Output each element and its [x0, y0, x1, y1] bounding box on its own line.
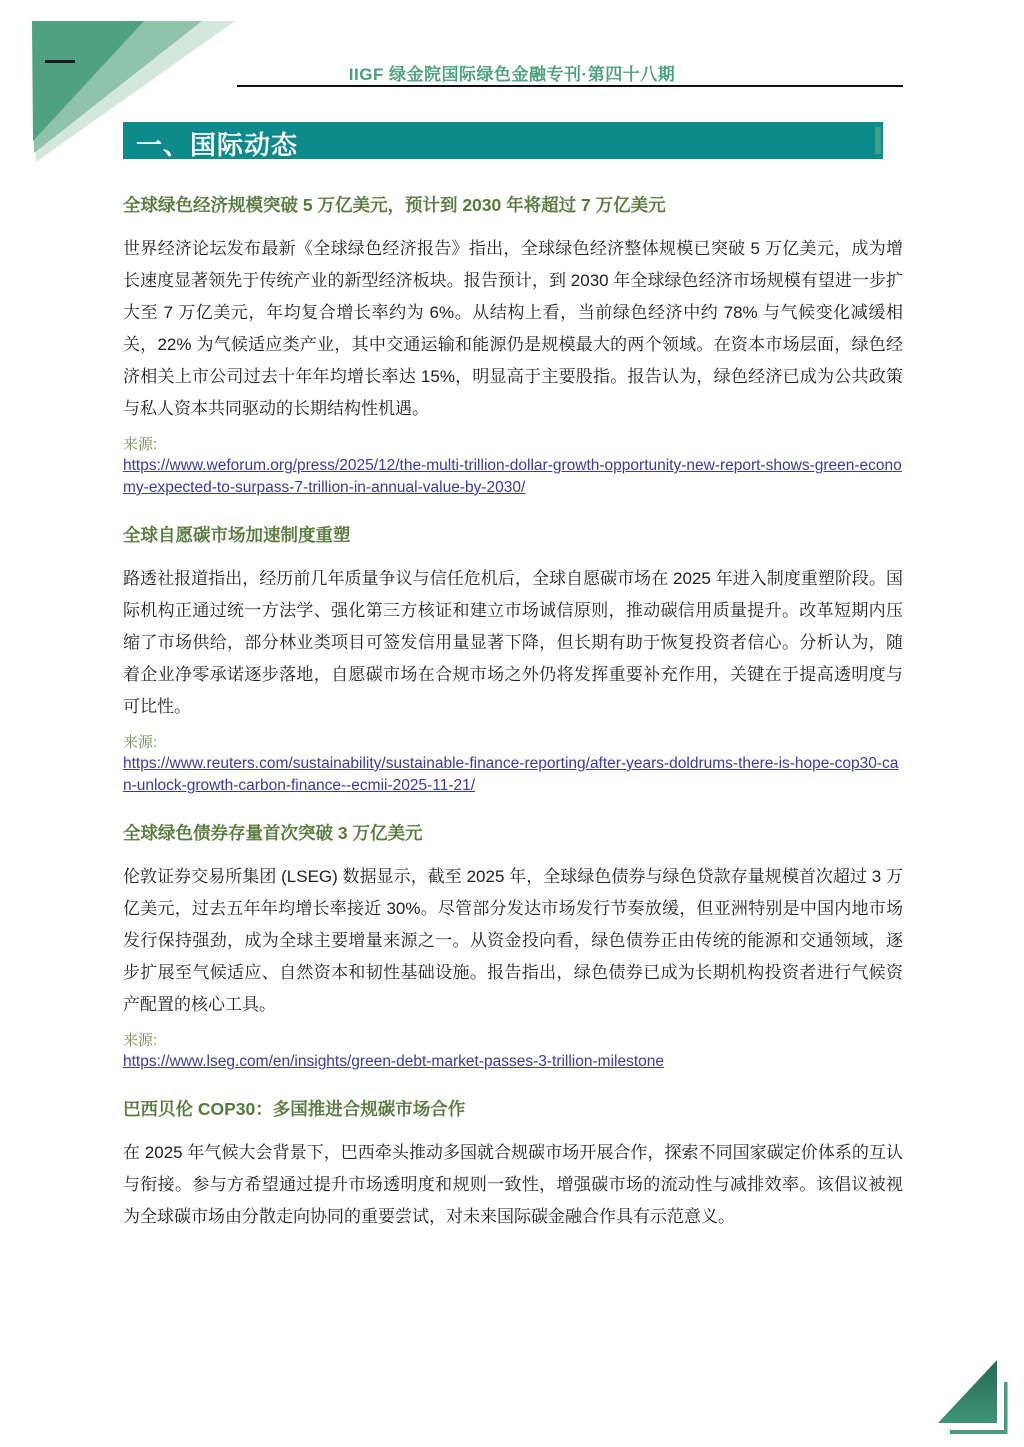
source-link[interactable]: https://www.reuters.com/sustainability/s…	[123, 753, 903, 797]
content-column: 全球绿色经济规模突破 5 万亿美元，预计到 2030 年将超过 7 万亿美元 世…	[123, 180, 903, 1233]
article-heading: 巴西贝伦 COP30：多国推进合规碳市场合作	[123, 1097, 903, 1121]
section-banner: 一、国际动态	[123, 122, 883, 159]
source-block: 来源: https://www.reuters.com/sustainabili…	[123, 733, 903, 797]
source-link[interactable]: https://www.lseg.com/en/insights/green-d…	[123, 1051, 903, 1073]
article-body: 世界经济论坛发布最新《全球绿色经济报告》指出，全球绿色经济整体规模已突破 5 万…	[123, 233, 903, 425]
source-link[interactable]: https://www.weforum.org/press/2025/12/th…	[123, 455, 903, 499]
section-banner-title: 一、国际动态	[136, 125, 298, 162]
section-banner-accent-strip	[875, 127, 881, 154]
article-heading: 全球自愿碳市场加速制度重塑	[123, 523, 903, 547]
article-body: 在 2025 年气候大会背景下，巴西牵头推动多国就合规碳市场开展合作，探索不同国…	[123, 1137, 903, 1233]
corner-decoration-bottom-right-icon	[938, 1352, 1008, 1437]
header-divider	[237, 85, 903, 87]
source-label: 来源:	[123, 733, 903, 753]
source-block: 来源: https://www.weforum.org/press/2025/1…	[123, 435, 903, 499]
page-title: IIGF 绿金院国际绿色金融专刊·第四十八期	[0, 60, 1024, 85]
source-label: 来源:	[123, 435, 903, 455]
source-block: 来源: https://www.lseg.com/en/insights/gre…	[123, 1031, 903, 1073]
newsletter-page: IIGF 绿金院国际绿色金融专刊·第四十八期 一、国际动态 全球绿色经济规模突破…	[0, 0, 1024, 1447]
article-body: 路透社报道指出，经历前几年质量争议与信任危机后，全球自愿碳市场在 2025 年进…	[123, 563, 903, 723]
article-heading: 全球绿色债券存量首次突破 3 万亿美元	[123, 821, 903, 845]
source-label: 来源:	[123, 1031, 903, 1051]
article-body: 伦敦证券交易所集团 (LSEG) 数据显示，截至 2025 年，全球绿色债券与绿…	[123, 861, 903, 1021]
article-heading: 全球绿色经济规模突破 5 万亿美元，预计到 2030 年将超过 7 万亿美元	[123, 193, 903, 217]
